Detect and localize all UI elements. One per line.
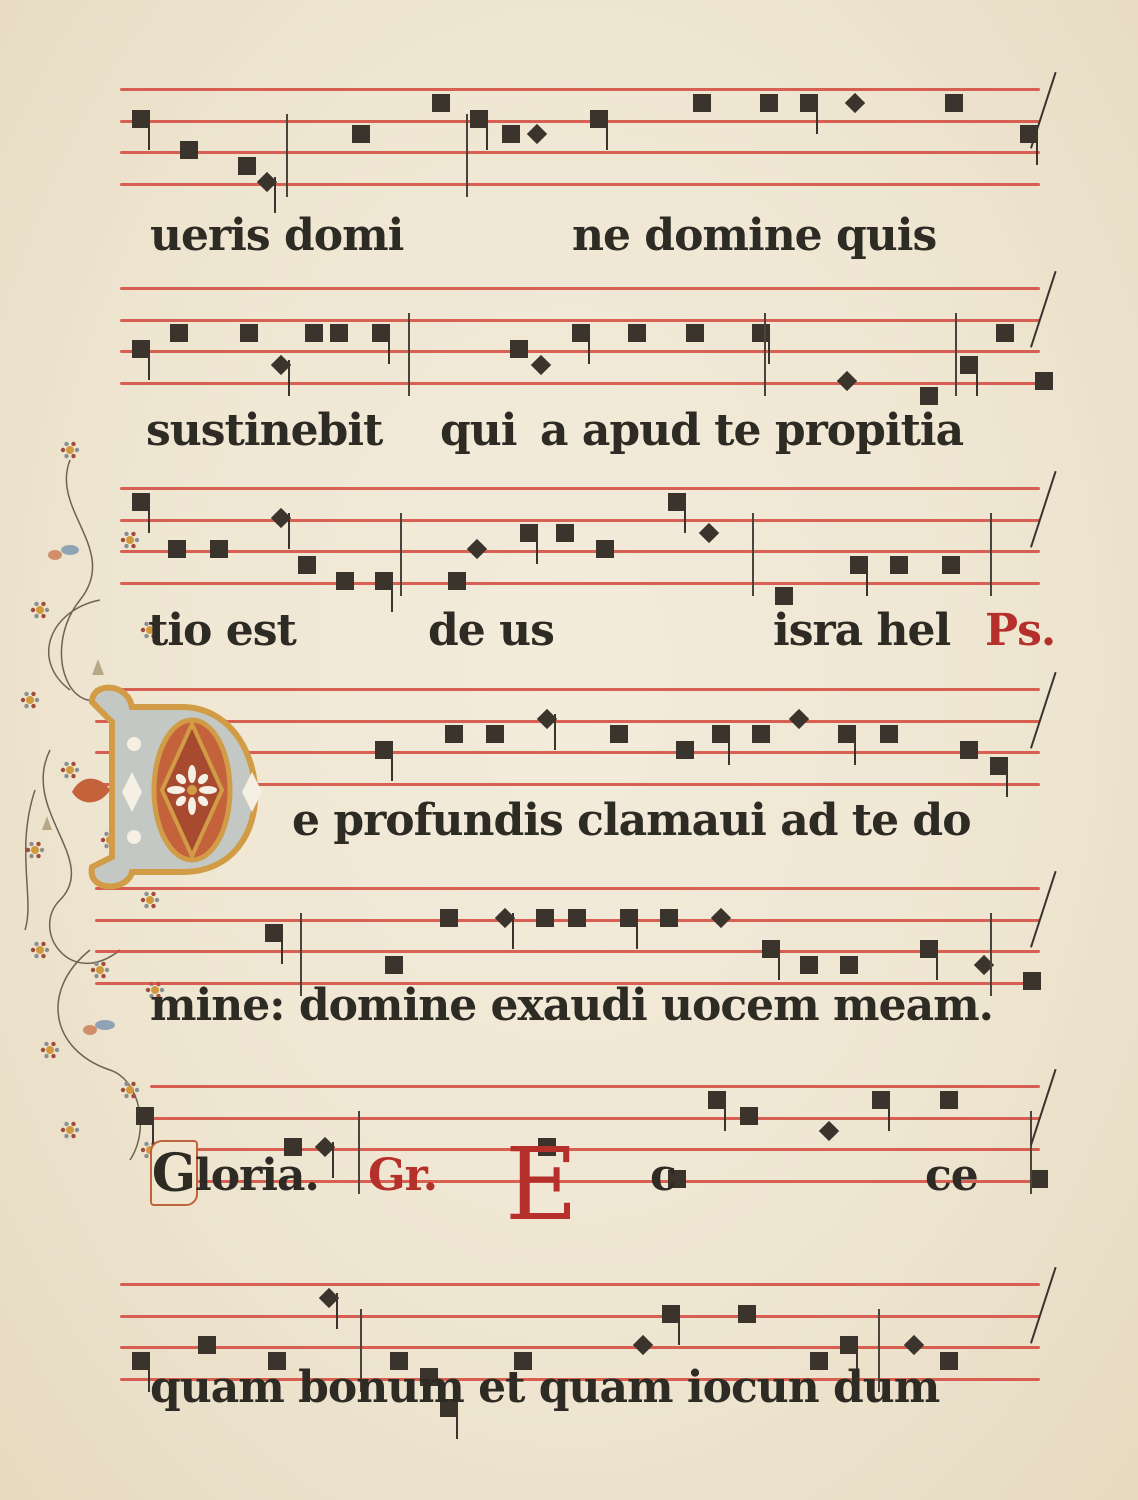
staff-line [120, 519, 1040, 522]
note-stem [606, 114, 608, 150]
division-bar [955, 313, 957, 396]
staff-line [120, 550, 1040, 553]
note-stem [888, 1095, 890, 1131]
lyric-text: ne domine quis [572, 210, 936, 261]
neume-note [945, 94, 963, 112]
neume-note [890, 556, 908, 574]
lyric-text: mine: domine exaudi uocem meam. [150, 980, 993, 1031]
note-stem [816, 98, 818, 134]
neume-note [686, 324, 704, 342]
note-stem [976, 360, 978, 396]
neume-note [210, 540, 228, 558]
neume-note [676, 741, 694, 759]
neume-note [198, 1336, 216, 1354]
neume-note [699, 523, 719, 543]
neume-note [385, 956, 403, 974]
neume-note [633, 1335, 653, 1355]
neume-note [693, 94, 711, 112]
custos-mark [1030, 1267, 1057, 1344]
neume-note [845, 93, 865, 113]
neume-note [330, 324, 348, 342]
neume-note [740, 1107, 758, 1125]
neume-note [170, 324, 188, 342]
staff-line [120, 151, 1040, 154]
manuscript-page: G E ueris domine domine quissustinebitqu… [0, 0, 1138, 1500]
rubric-text: Ps. [985, 605, 1055, 656]
custos-mark [1030, 271, 1057, 348]
floret-icon [41, 1042, 59, 1059]
decorated-initial-G: G [150, 1140, 198, 1206]
neume-note [568, 909, 586, 927]
lyric-text: ce [925, 1150, 978, 1201]
neume-note [1035, 372, 1053, 390]
note-stem [554, 714, 556, 750]
staff-line [120, 88, 1040, 91]
staff-line [120, 350, 1040, 353]
note-stem [936, 944, 938, 980]
division-bar [764, 313, 766, 396]
note-stem [288, 360, 290, 396]
lyric-text: sustinebit [146, 405, 382, 456]
neume-note [960, 741, 978, 759]
floret-icon [141, 892, 159, 909]
neume-note [610, 725, 628, 743]
note-stem [1006, 761, 1008, 797]
neume-note [445, 725, 463, 743]
neume-note [596, 540, 614, 558]
note-stem [866, 560, 868, 596]
division-bar [358, 1111, 360, 1194]
staff-line [120, 287, 1040, 290]
note-stem [148, 114, 150, 150]
neume-note [660, 909, 678, 927]
floret-icon [121, 1082, 139, 1099]
neume-note [904, 1335, 924, 1355]
decorated-letter-d-icon [72, 682, 282, 892]
lyric-text: c [650, 1150, 676, 1201]
staff-line [120, 1315, 1040, 1318]
note-stem [391, 576, 393, 612]
neume-note [531, 355, 551, 375]
staff-line [120, 120, 1040, 123]
neume-note [940, 1352, 958, 1370]
division-bar [400, 513, 402, 596]
neume-note [942, 556, 960, 574]
staff-line [95, 950, 1040, 953]
rubric-text: Gr. [368, 1150, 437, 1201]
lyric-text: loria. [195, 1150, 319, 1201]
neume-note [298, 556, 316, 574]
custos-mark [1030, 72, 1057, 149]
neume-note [775, 587, 793, 605]
neume-note [940, 1091, 958, 1109]
lyric-text: qui [440, 405, 516, 456]
note-stem [768, 328, 770, 364]
neume-note [1023, 972, 1041, 990]
note-stem [724, 1095, 726, 1131]
note-stem [281, 928, 283, 964]
note-stem [684, 497, 686, 533]
lyric-text: de us [428, 605, 554, 656]
neume-note [628, 324, 646, 342]
floret-icon [121, 532, 139, 549]
neume-note [336, 572, 354, 590]
division-bar [466, 114, 468, 197]
neume-note [510, 340, 528, 358]
floret-icon [61, 442, 79, 459]
neume-note [305, 324, 323, 342]
division-bar [990, 513, 992, 596]
neume-note [837, 370, 857, 390]
lyric-text: quam bonum et quam iocun dum [150, 1362, 939, 1413]
note-stem [636, 913, 638, 949]
staff-line [120, 1346, 1040, 1349]
floret-icon [31, 942, 49, 959]
neume-note [238, 157, 256, 175]
neume-note [800, 956, 818, 974]
staff-line [120, 382, 1040, 385]
note-stem [678, 1309, 680, 1345]
note-stem [512, 913, 514, 949]
neume-note [168, 540, 186, 558]
note-stem [486, 114, 488, 150]
neume-note [819, 1121, 839, 1141]
floret-icon [31, 602, 49, 619]
lyric-text: tio est [148, 605, 296, 656]
staff-line [150, 1117, 1040, 1120]
note-stem [388, 328, 390, 364]
division-bar [286, 114, 288, 197]
note-stem [336, 1293, 338, 1329]
note-stem [728, 729, 730, 765]
floret-icon [61, 1122, 79, 1139]
neume-note [1030, 1170, 1048, 1188]
neume-note [527, 124, 547, 144]
neume-note [840, 956, 858, 974]
note-stem [536, 528, 538, 564]
neume-note [760, 94, 778, 112]
note-stem [588, 328, 590, 364]
illuminated-initial-D [72, 682, 282, 892]
neume-note [996, 324, 1014, 342]
floret-icon [91, 962, 109, 979]
note-stem [778, 944, 780, 980]
neume-note [880, 725, 898, 743]
lyric-text: a apud te propitia [540, 405, 963, 456]
neume-note [440, 909, 458, 927]
division-bar [408, 313, 410, 396]
neume-note [536, 909, 554, 927]
neume-note [352, 125, 370, 143]
staff-line [150, 1085, 1040, 1088]
note-stem [148, 497, 150, 533]
neume-note [448, 572, 466, 590]
division-bar [1030, 1111, 1032, 1194]
neume-note [486, 725, 504, 743]
custos-mark [1030, 672, 1057, 749]
neume-note [240, 324, 258, 342]
neume-note [556, 524, 574, 542]
staff-line [120, 487, 1040, 490]
note-stem [152, 1111, 154, 1147]
neume-note [920, 387, 938, 405]
lyric-text: e profundis clamaui ad te do [292, 795, 971, 846]
staff-line [120, 1283, 1040, 1286]
neume-note [502, 125, 520, 143]
note-stem [391, 745, 393, 781]
lyric-text: ueris domi [150, 210, 403, 261]
red-initial-E: E [505, 1140, 578, 1230]
staff-line [120, 582, 1040, 585]
initial-e-letter: E [505, 1126, 578, 1243]
floret-icon [26, 842, 44, 859]
neume-note [789, 708, 809, 728]
neume-note [180, 141, 198, 159]
note-stem [854, 729, 856, 765]
note-stem [274, 177, 276, 213]
neume-note [752, 725, 770, 743]
neume-note [711, 907, 731, 927]
floret-icon [21, 692, 39, 709]
initial-g-letter: G [152, 1143, 196, 1204]
lyric-text: isra hel [773, 605, 950, 656]
staff-line [120, 319, 1040, 322]
neume-note [738, 1305, 756, 1323]
note-stem [148, 344, 150, 380]
note-stem [332, 1142, 334, 1178]
division-bar [752, 513, 754, 596]
custos-mark [1030, 471, 1057, 548]
neume-note [467, 539, 487, 559]
custos-mark [1030, 871, 1057, 948]
neume-note [432, 94, 450, 112]
custos-mark [1030, 1069, 1057, 1146]
note-stem [288, 513, 290, 549]
